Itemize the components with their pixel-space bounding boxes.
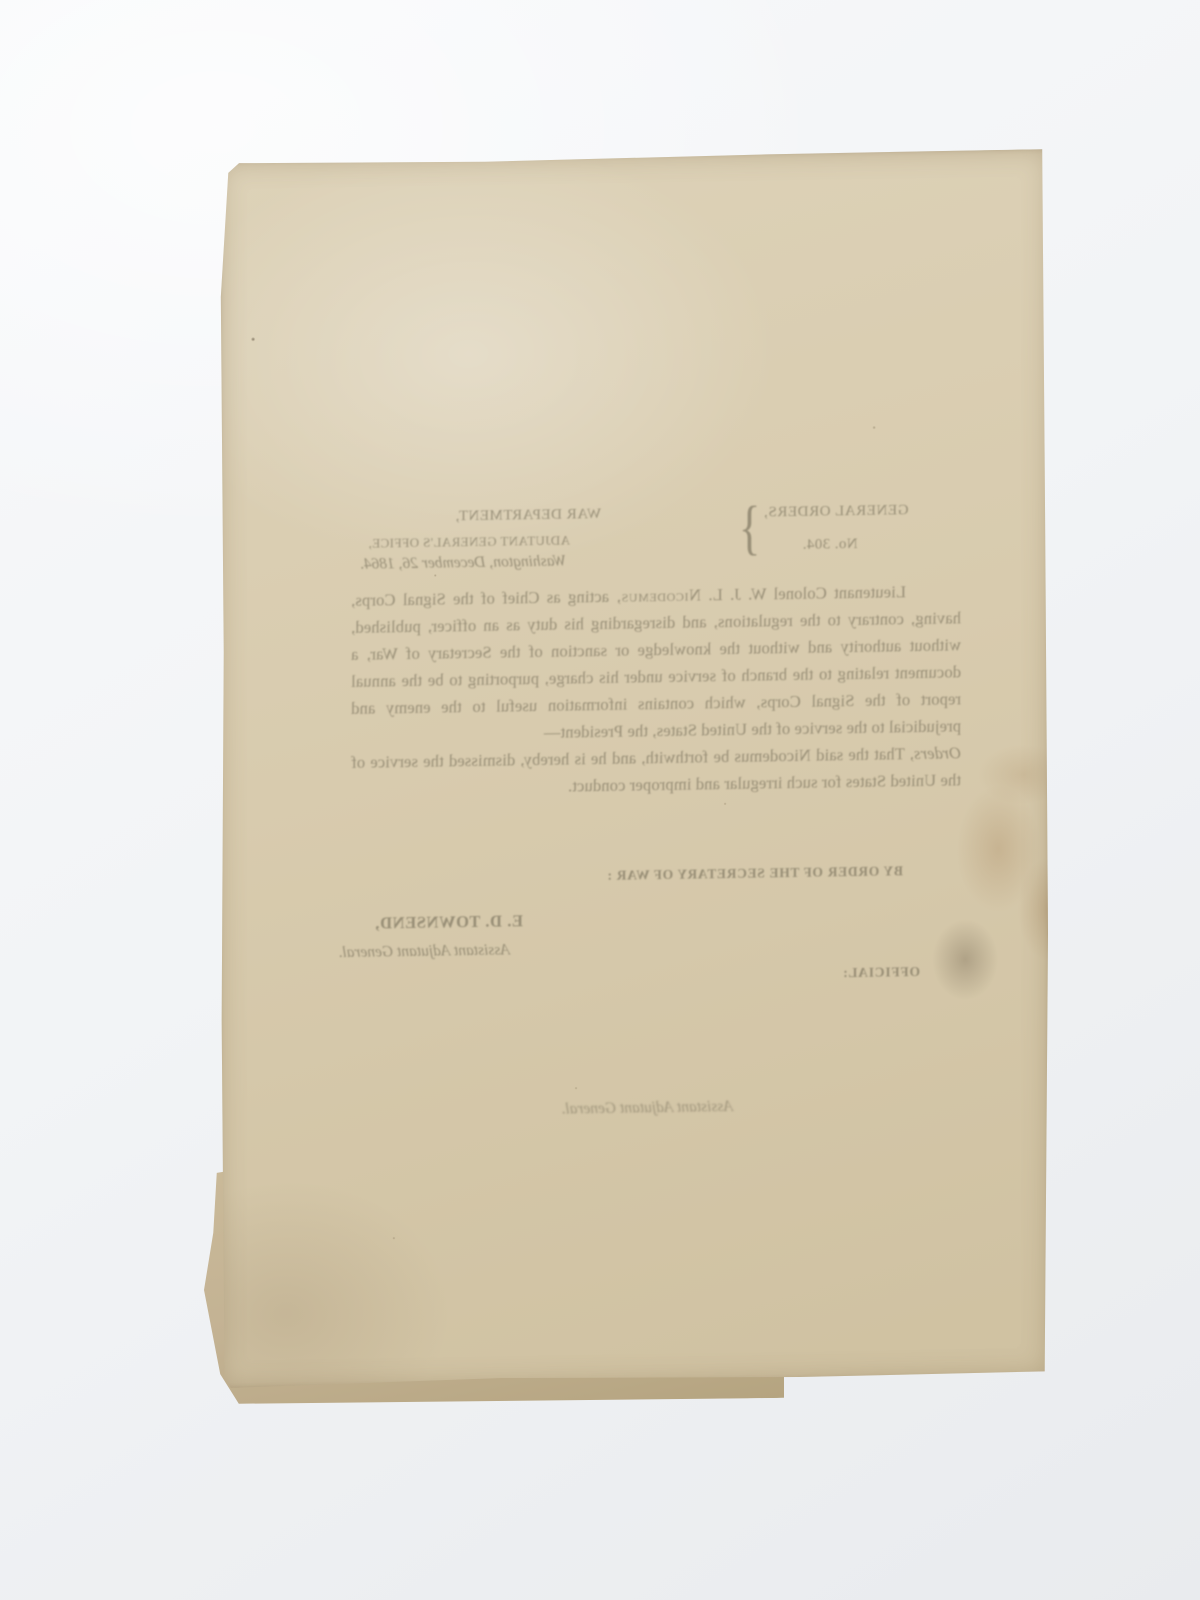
adjutant-generals-office-line: ADJUTANT GENERAL'S OFFICE, (368, 533, 570, 552)
orders-number: No. 304. (744, 535, 916, 555)
document-back-page: GENERAL ORDERS, No. 304. } WAR DEPARTMEN… (220, 149, 1048, 1388)
bottom-bleed-line: Assistant Adjutant General. (561, 1098, 733, 1119)
signature-name: E. D. TOWNSEND, (375, 911, 523, 933)
header-brace: } (739, 495, 761, 561)
orders-lead-word: Orders, (910, 743, 961, 763)
photo-backdrop: GENERAL ORDERS, No. 304. } WAR DEPARTMEN… (0, 0, 1200, 1600)
signature-title: Assistant Adjutant General. (338, 941, 510, 962)
paragraph-intro: Lieutenant Colonel W. J. L. (701, 582, 906, 604)
general-orders-label: GENERAL ORDERS, (756, 502, 916, 522)
paragraph-rest: acting as Chief of the Signal Corps, hav… (351, 587, 961, 742)
order-text-block: Lieutenant Colonel W. J. L. Nicodemus, a… (351, 577, 961, 803)
order-paragraph-2: Orders, That the said Nicodemus be forth… (351, 739, 961, 803)
war-department-line: WAR DEPARTMENT, (455, 506, 601, 525)
order-paragraph-1: Lieutenant Colonel W. J. L. Nicodemus, a… (351, 577, 961, 749)
officer-name: Nicodemus, (616, 585, 701, 605)
official-label: OFFICIAL: (842, 964, 920, 981)
by-order-line: BY ORDER OF THE SECRETARY OF WAR : (607, 863, 903, 884)
bleed-through-text-layer: GENERAL ORDERS, No. 304. } WAR DEPARTMEN… (220, 149, 1048, 1388)
dateline: Washington, December 26, 1864. (360, 553, 566, 574)
paragraph-rest: That the said Nicodemus be forthwith, an… (351, 744, 961, 795)
